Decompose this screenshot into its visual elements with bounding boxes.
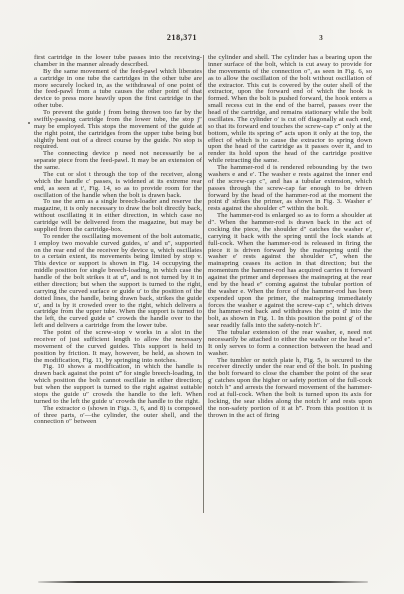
- page-number: 3: [314, 34, 328, 42]
- paragraph: By the same movement of the feed-pawl wh…: [34, 69, 202, 110]
- paragraph: The hammer-rod is enlarged so as to form…: [208, 213, 372, 330]
- paragraph: first cartridge in the lower tube passes…: [34, 55, 202, 69]
- scan-artifact-line: [38, 581, 368, 583]
- paragraph: The tumbler or notch plate h, Fig. 5, is…: [208, 358, 372, 420]
- paragraph: the cylinder and shell. The cylinder has…: [208, 55, 372, 165]
- paragraph: To use the arm as a single breech-loader…: [34, 199, 202, 233]
- paragraph: The point of the screw-stop v works in a…: [34, 330, 202, 364]
- right-column: the cylinder and shell. The cylinder has…: [208, 55, 372, 419]
- patent-scan-page: 218,371 3 first cartridge in the lower t…: [0, 0, 404, 594]
- scan-speck: [28, 122, 30, 124]
- paragraph: The tubular extension of the rear washer…: [208, 330, 372, 358]
- paragraph: The extractor o (shown in Figs. 3, 6, an…: [34, 406, 202, 427]
- patent-number: 218,371: [150, 33, 214, 42]
- paragraph: To prevent the guide j from being thrown…: [34, 110, 202, 151]
- left-column: first cartridge in the lower tube passes…: [34, 55, 202, 426]
- column-divider-rule: [203, 55, 204, 513]
- paragraph: The cut or slot t through the top of the…: [34, 172, 202, 200]
- paragraph: To render the oscillating movement of th…: [34, 234, 202, 330]
- paragraph: The connecting device p need not necessa…: [34, 151, 202, 172]
- paragraph: Fig. 10 shows a modification, in which t…: [34, 364, 202, 405]
- paragraph: The hammer-rod d is rendered rebounding …: [208, 165, 372, 213]
